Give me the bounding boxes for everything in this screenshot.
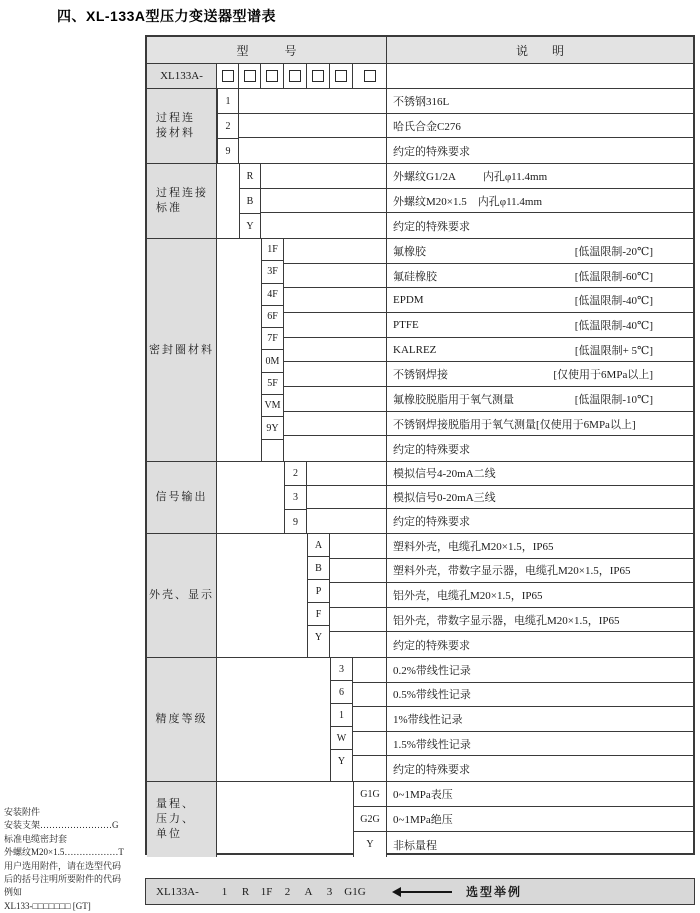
spec-section: 精度等级361WY0.2%带线性记录0.5%带线性记录1%带线性记录1.5%带线…	[147, 658, 693, 782]
model-digit-box	[307, 64, 330, 88]
section-code-cell: 3	[331, 658, 352, 681]
spec-row-note: [低温限制-40℃]	[575, 317, 653, 333]
example-prefix: XL133A-	[156, 886, 204, 898]
section-code-cell: P	[308, 580, 329, 603]
desc-column-border	[386, 89, 387, 163]
model-digit-box	[217, 64, 239, 88]
section-code-cell: Y	[308, 626, 329, 649]
section-code-cell: 7F	[262, 328, 283, 350]
section-code-column: 1F3F4F6F7F0M5FVM9Y	[261, 239, 284, 461]
spec-row-desc: 氟橡胶	[393, 243, 426, 259]
spec-row-desc: 不锈钢焊接脱脂用于氧气测量[仅使用于6MPa以上]	[393, 416, 636, 432]
spec-row: 约定的特殊要求	[307, 509, 693, 533]
section-rows: 0~1MPa表压0~1MPa绝压非标量程	[387, 782, 693, 857]
spec-row-desc: 外螺纹G1/2A 内孔φ11.4mm	[393, 168, 547, 184]
spec-row-note: [低温限制-20℃]	[575, 243, 653, 259]
spec-row: 氟橡胶[低温限制-20℃]	[284, 239, 693, 264]
section-label: 密封圈材料	[147, 239, 217, 461]
spec-row: 不锈钢焊接[仅使用于6MPa以上]	[284, 362, 693, 387]
spec-row: 约定的特殊要求	[261, 213, 693, 238]
section-pre-spacer	[217, 658, 330, 781]
section-rows: 0.2%带线性记录0.5%带线性记录1%带线性记录1.5%带线性记录约定的特殊要…	[353, 658, 693, 781]
section-code-cell: G2G	[354, 807, 386, 832]
spec-row-desc: 模拟信号4-20mA二线	[393, 465, 496, 481]
spec-row: 约定的特殊要求	[330, 632, 693, 657]
section-code-column: 239	[284, 462, 307, 533]
spec-row-desc: 约定的特殊要求	[393, 143, 470, 159]
desc-column-border	[386, 164, 387, 238]
spec-row-desc: 塑料外壳，带数字显示器，电缆孔M20×1.5，IP65	[393, 562, 631, 578]
spec-row-desc: 不锈钢焊接	[393, 366, 448, 382]
spec-row: 非标量程	[387, 832, 693, 857]
page-title: 四、XL-133A型压力变送器型谱表	[57, 6, 276, 26]
section-label-line: 过程连接	[156, 186, 208, 201]
checkbox-square-icon	[244, 70, 256, 82]
spec-row-desc: 0~1MPa绝压	[393, 811, 453, 827]
section-code-cell: 1	[218, 89, 238, 114]
section-label: 外壳、显示	[147, 534, 217, 657]
spec-row: 约定的特殊要求	[239, 138, 693, 163]
spec-row-desc: 约定的特殊要求	[393, 513, 470, 529]
spec-row: 氟橡胶脱脂用于氧气测量[低温限制-10℃]	[284, 387, 693, 412]
checkbox-square-icon	[312, 70, 324, 82]
spec-row-desc: PTFE	[393, 319, 419, 331]
desc-column-border	[386, 462, 387, 533]
section-code-cell: VM	[262, 395, 283, 417]
side-note-line: 外螺纹M20×1.5………………T	[4, 846, 146, 859]
spec-section: 量程、压力、单位G1GG2GY0~1MPa表压0~1MPa绝压非标量程	[147, 782, 693, 857]
section-label-line: 压力、	[156, 812, 195, 827]
spec-row-desc: 非标量程	[393, 837, 437, 853]
spec-row: 0.5%带线性记录	[353, 683, 693, 708]
side-note-line: 安装附件	[4, 806, 146, 819]
model-row-empty-desc	[387, 64, 693, 88]
header-model-cell: 型 号	[147, 37, 387, 63]
section-rows: 氟橡胶[低温限制-20℃]氟硅橡胶[低温限制-60℃]EPDM[低温限制-40℃…	[284, 239, 693, 461]
spec-row: 外螺纹M20×1.5 内孔φ11.4mm	[261, 189, 693, 214]
section-code-cell: Y	[354, 832, 386, 857]
spec-row: 0~1MPa表压	[387, 782, 693, 807]
spec-row-desc: 不锈钢316L	[393, 93, 449, 109]
section-code-column: 129	[217, 89, 239, 163]
section-code-cell: A	[308, 534, 329, 557]
section-code-cell: 3F	[262, 261, 283, 283]
spec-row-desc: 外螺纹M20×1.5 内孔φ11.4mm	[393, 193, 542, 209]
section-code-cell: 6	[331, 681, 352, 704]
section-label-line: 标准	[156, 201, 182, 216]
section-code-column: G1GG2GY	[353, 782, 387, 857]
header-desc-cell: 说 明	[387, 37, 693, 63]
spec-row-desc: 铝外壳，电缆孔M20×1.5，IP65	[393, 587, 543, 603]
checkbox-square-icon	[364, 70, 376, 82]
section-code-cell	[262, 440, 283, 461]
section-label: 精度等级	[147, 658, 217, 781]
section-code-column: 361WY	[330, 658, 353, 781]
example-code: 3	[319, 886, 340, 898]
spec-row-note: [低温限制+ 5℃]	[575, 342, 653, 358]
side-note-line: 后的括号注明所要附件的代码	[4, 873, 146, 886]
spec-row: 模拟信号4-20mA二线	[307, 462, 693, 486]
section-label-line: 单位	[156, 827, 182, 842]
section-code-cell: B	[240, 189, 260, 214]
section-code-cell: R	[240, 164, 260, 189]
side-note-line: 标准电缆密封套	[4, 833, 146, 846]
desc-column-border	[386, 534, 387, 657]
spec-row: 1.5%带线性记录	[353, 732, 693, 757]
side-note-line: 安装支架……………………G	[4, 819, 146, 832]
spec-row: 0.2%带线性记录	[353, 658, 693, 683]
section-code-cell: 1F	[262, 239, 283, 261]
section-label-line: 接材料	[156, 126, 195, 141]
model-spec-table: 型 号 说 明 XL133A- 过程连接材料129不锈钢316L哈氏合金C276…	[145, 35, 695, 855]
section-label: 信号输出	[147, 462, 217, 533]
spec-row-desc: 1.5%带线性记录	[393, 736, 471, 752]
section-code-cell: W	[331, 727, 352, 750]
spec-row-desc: EPDM	[393, 294, 424, 306]
model-digit-box	[353, 64, 387, 88]
model-prefix-cell: XL133A-	[147, 64, 217, 88]
spec-row: 0~1MPa绝压	[387, 807, 693, 832]
section-label-line: 外壳、显示	[149, 588, 214, 603]
checkbox-square-icon	[266, 70, 278, 82]
spec-row-desc: 约定的特殊要求	[393, 637, 470, 653]
section-rows: 不锈钢316L哈氏合金C276约定的特殊要求	[239, 89, 693, 163]
spec-row: 铝外壳，带数字显示器，电缆孔M20×1.5，IP65	[330, 608, 693, 633]
checkbox-square-icon	[289, 70, 301, 82]
side-note-line: XL133-□□□□□□□ [GT]	[4, 900, 146, 913]
spec-row-desc: 0.2%带线性记录	[393, 662, 471, 678]
spec-row: 塑料外壳，带数字显示器，电缆孔M20×1.5，IP65	[330, 559, 693, 584]
spec-row-desc: 约定的特殊要求	[393, 218, 470, 234]
spec-section: 密封圈材料1F3F4F6F7F0M5FVM9Y氟橡胶[低温限制-20℃]氟硅橡胶…	[147, 239, 693, 462]
section-label: 过程连接材料	[147, 89, 217, 163]
spec-row: 塑料外壳，电缆孔M20×1.5，IP65	[330, 534, 693, 559]
spec-row: 氟硅橡胶[低温限制-60℃]	[284, 264, 693, 289]
left-arrow-icon	[394, 891, 452, 893]
section-pre-spacer	[217, 462, 284, 533]
spec-row-desc: 哈氏合金C276	[393, 118, 461, 134]
spec-row: 哈氏合金C276	[239, 114, 693, 139]
section-pre-spacer	[217, 782, 353, 857]
desc-column-border	[386, 782, 387, 857]
section-code-cell: Y	[331, 750, 352, 773]
spec-row: 不锈钢316L	[239, 89, 693, 114]
spec-row-desc: 1%带线性记录	[393, 711, 463, 727]
section-code-cell: 3	[285, 486, 306, 510]
section-code-cell: 4F	[262, 284, 283, 306]
spec-row-desc: 铝外壳，带数字显示器，电缆孔M20×1.5，IP65	[393, 612, 620, 628]
example-codes: 1R1F2A3G1G	[214, 886, 370, 898]
example-code: 2	[277, 886, 298, 898]
section-label-line: 过程连	[156, 111, 195, 126]
spec-row-desc: 0.5%带线性记录	[393, 686, 471, 702]
spec-row: PTFE[低温限制-40℃]	[284, 313, 693, 338]
section-label-line: 密封圈材料	[149, 343, 214, 358]
section-code-column: RBY	[239, 164, 261, 238]
spec-row-desc: KALREZ	[393, 344, 436, 356]
section-code-cell: 1	[331, 704, 352, 727]
spec-row-desc: 0~1MPa表压	[393, 786, 453, 802]
spec-section: 信号输出239模拟信号4-20mA二线模拟信号0-20mA三线约定的特殊要求	[147, 462, 693, 534]
spec-row-desc: 模拟信号0-20mA三线	[393, 489, 496, 505]
section-label: 过程连接标准	[147, 164, 217, 238]
model-digit-box	[330, 64, 353, 88]
spec-row-note: [低温限制-10℃]	[575, 391, 653, 407]
spec-row: 1%带线性记录	[353, 707, 693, 732]
spec-row-desc: 氟橡胶脱脂用于氧气测量	[393, 391, 514, 407]
section-code-cell: 9	[285, 510, 306, 533]
spec-row-desc: 塑料外壳，电缆孔M20×1.5，IP65	[393, 538, 554, 554]
model-digit-boxes	[217, 64, 387, 88]
section-code-cell: 6F	[262, 306, 283, 328]
section-code-cell: 0M	[262, 350, 283, 372]
section-code-cell: 9Y	[262, 417, 283, 439]
section-code-cell: 5F	[262, 373, 283, 395]
spec-row: 模拟信号0-20mA三线	[307, 486, 693, 510]
example-code: A	[298, 886, 319, 898]
spec-row: 铝外壳，电缆孔M20×1.5，IP65	[330, 583, 693, 608]
section-label-line: 量程、	[156, 797, 195, 812]
section-code-cell: B	[308, 557, 329, 580]
spec-row: 约定的特殊要求	[353, 756, 693, 781]
section-code-cell: Y	[240, 214, 260, 238]
example-label: 选型举例	[466, 883, 522, 900]
checkbox-square-icon	[222, 70, 234, 82]
section-label: 量程、压力、单位	[147, 782, 217, 857]
spec-row-note: [低温限制-40℃]	[575, 292, 653, 308]
spec-section: 外壳、显示ABPFY塑料外壳，电缆孔M20×1.5，IP65塑料外壳，带数字显示…	[147, 534, 693, 658]
section-code-column: ABPFY	[307, 534, 330, 657]
section-rows: 模拟信号4-20mA二线模拟信号0-20mA三线约定的特殊要求	[307, 462, 693, 533]
spec-row-desc: 约定的特殊要求	[393, 761, 470, 777]
example-code: G1G	[340, 886, 370, 898]
section-pre-spacer	[217, 239, 261, 461]
model-digit-box	[239, 64, 261, 88]
checkbox-square-icon	[335, 70, 347, 82]
example-code: 1	[214, 886, 235, 898]
spec-section: 过程连接标准RBY外螺纹G1/2A 内孔φ11.4mm外螺纹M20×1.5 内孔…	[147, 164, 693, 239]
desc-column-border	[386, 239, 387, 461]
table-header-row: 型 号 说 明	[147, 37, 693, 64]
model-digit-box	[284, 64, 307, 88]
model-digit-box	[261, 64, 284, 88]
side-note-line: 用户选用附件，请在选型代码	[4, 860, 146, 873]
section-label-line: 精度等级	[156, 712, 208, 727]
spec-row: 不锈钢焊接脱脂用于氧气测量[仅使用于6MPa以上]	[284, 412, 693, 437]
side-note-line: 例如	[4, 886, 146, 899]
spec-row-note: [低温限制-60℃]	[575, 268, 653, 284]
spec-row-note: [仅使用于6MPa以上]	[553, 366, 653, 382]
section-code-cell: 2	[218, 114, 238, 139]
model-code-row: XL133A-	[147, 64, 693, 89]
section-code-cell: F	[308, 603, 329, 626]
spec-section: 过程连接材料129不锈钢316L哈氏合金C276约定的特殊要求	[147, 89, 693, 164]
section-label-line: 信号输出	[156, 490, 208, 505]
section-rows: 外螺纹G1/2A 内孔φ11.4mm外螺纹M20×1.5 内孔φ11.4mm约定…	[261, 164, 693, 238]
section-code-cell: G1G	[354, 782, 386, 807]
example-code: R	[235, 886, 256, 898]
side-notes: 安装附件安装支架……………………G标准电缆密封套外螺纹M20×1.5…………………	[4, 806, 146, 913]
spec-row: EPDM[低温限制-40℃]	[284, 288, 693, 313]
example-code: 1F	[256, 886, 277, 898]
section-pre-spacer	[217, 534, 307, 657]
section-code-cell: 2	[285, 462, 306, 486]
example-row: XL133A- 1R1F2A3G1G 选型举例	[145, 878, 695, 905]
spec-row: 外螺纹G1/2A 内孔φ11.4mm	[261, 164, 693, 189]
section-rows: 塑料外壳，电缆孔M20×1.5，IP65塑料外壳，带数字显示器，电缆孔M20×1…	[330, 534, 693, 657]
section-pre-spacer	[217, 164, 239, 238]
desc-column-border	[386, 658, 387, 781]
spec-row: 约定的特殊要求	[284, 436, 693, 461]
spec-row-desc: 氟硅橡胶	[393, 268, 437, 284]
section-code-cell: 9	[218, 139, 238, 163]
spec-row-desc: 约定的特殊要求	[393, 441, 470, 457]
spec-row: KALREZ[低温限制+ 5℃]	[284, 338, 693, 363]
